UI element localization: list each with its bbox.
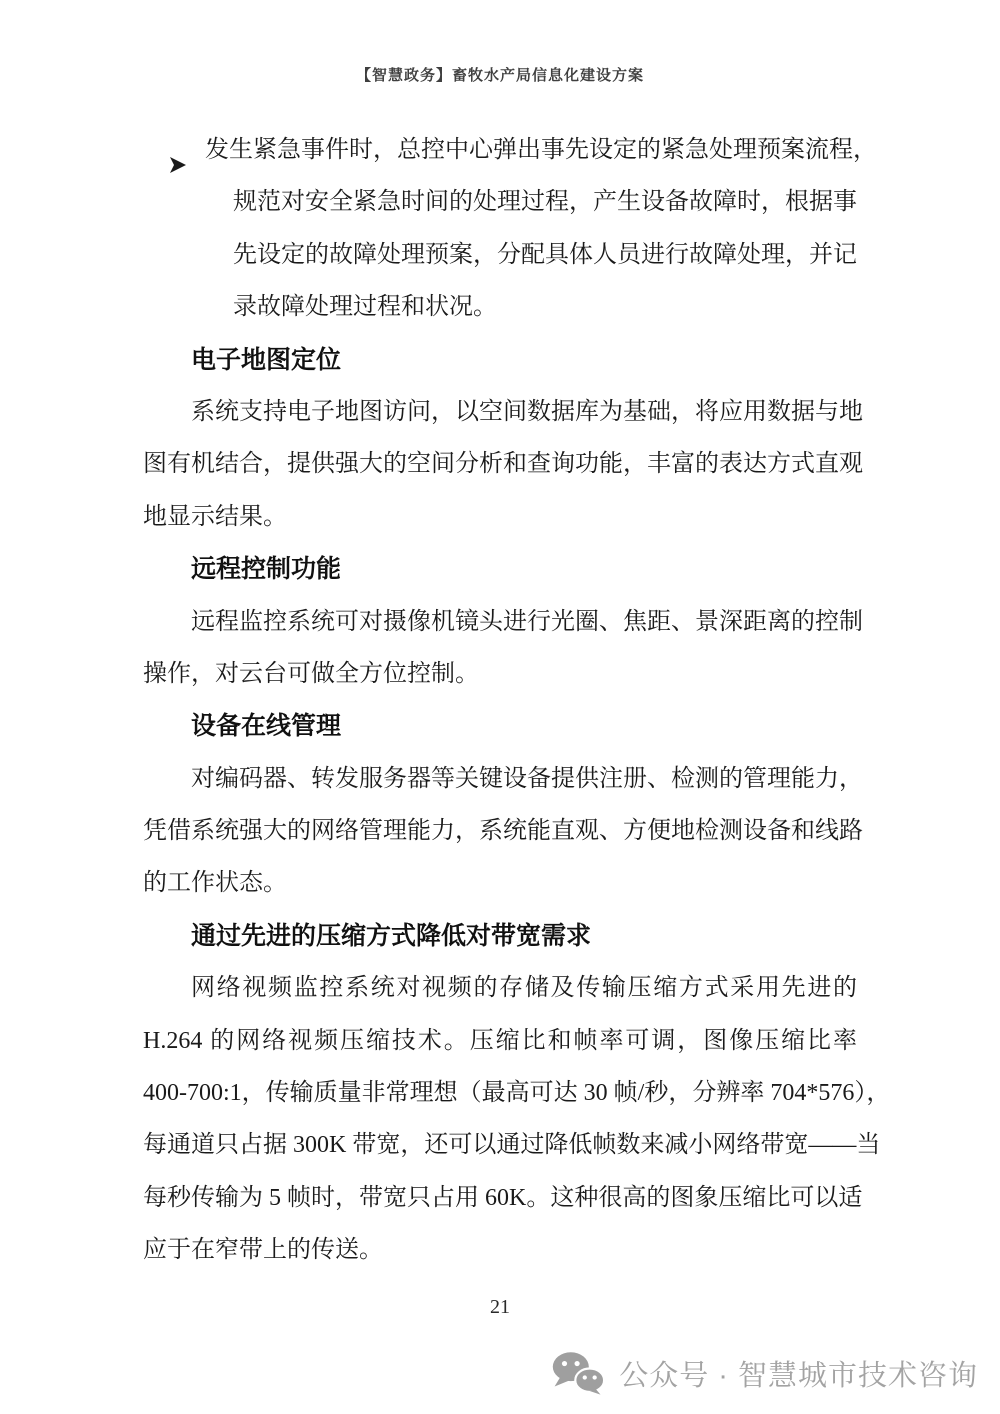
text-line: 发生紧急事件时，总控中心弹出事先设定的紧急处理预案流程， — [143, 124, 857, 176]
text-line: 先设定的故障处理预案，分配具体人员进行故障处理，并记 — [143, 229, 857, 281]
bullet-line-text: 发生紧急事件时，总控中心弹出事先设定的紧急处理预案流程， — [205, 137, 877, 163]
section-heading: 远程控制功能 — [143, 543, 857, 595]
text-line: 400-700:1，传输质量非常理想（最高可达 30 帧/秒，分辨率 704*5… — [143, 1067, 857, 1119]
document-page: { "page": { "header": "【智慧政务】畜牧水产局信息化建设方… — [0, 0, 1000, 1414]
text-line: 远程监控系统可对摄像机镜头进行光圈、焦距、景深距离的控制 — [143, 596, 857, 648]
text-line: 对编码器、转发服务器等关键设备提供注册、检测的管理能力， — [143, 753, 857, 805]
text-line: 的工作状态。 — [143, 857, 857, 909]
text-line: 操作，对云台可做全方位控制。 — [143, 648, 857, 700]
text-line: 网络视频监控系统对视频的存储及传输压缩方式采用先进的 — [143, 962, 857, 1014]
document-body: 发生紧急事件时，总控中心弹出事先设定的紧急处理预案流程，规范对安全紧急时间的处理… — [143, 124, 857, 1277]
section-heading: 通过先进的压缩方式降低对带宽需求 — [143, 910, 857, 962]
text-line: 规范对安全紧急时间的处理过程，产生设备故障时，根据事 — [143, 176, 857, 228]
section-heading: 设备在线管理 — [143, 700, 857, 752]
text-line: 图有机结合，提供强大的空间分析和查询功能，丰富的表达方式直观 — [143, 438, 857, 490]
arrowhead-bullet-icon — [170, 141, 187, 159]
text-line: 应于在窄带上的传送。 — [143, 1224, 857, 1276]
text-line: H.264 的网络视频压缩技术。压缩比和帧率可调，图像压缩比率 — [143, 1015, 857, 1067]
section-heading: 电子地图定位 — [143, 334, 857, 386]
text-line: 凭借系统强大的网络管理能力，系统能直观、方便地检测设备和线路 — [143, 805, 857, 857]
text-line: 地显示结果。 — [143, 491, 857, 543]
document-header-title: 【智慧政务】畜牧水产局信息化建设方案 — [0, 64, 1000, 85]
text-line: 每秒传输为 5 帧时，带宽只占用 60K。这种很高的图象压缩比可以适 — [143, 1172, 857, 1224]
text-line: 录故障处理过程和状况。 — [143, 281, 857, 333]
watermark: 公众号 · 智慧城市技术咨询 — [551, 1350, 978, 1396]
text-line: 系统支持电子地图访问，以空间数据库为基础，将应用数据与地 — [143, 386, 857, 438]
text-line: 每通道只占据 300K 带宽，还可以通过降低帧数来减小网络带宽——当 — [143, 1119, 857, 1171]
page-number: 21 — [0, 1292, 1000, 1322]
watermark-text: 公众号 · 智慧城市技术咨询 — [619, 1353, 978, 1394]
wechat-icon — [551, 1351, 605, 1395]
